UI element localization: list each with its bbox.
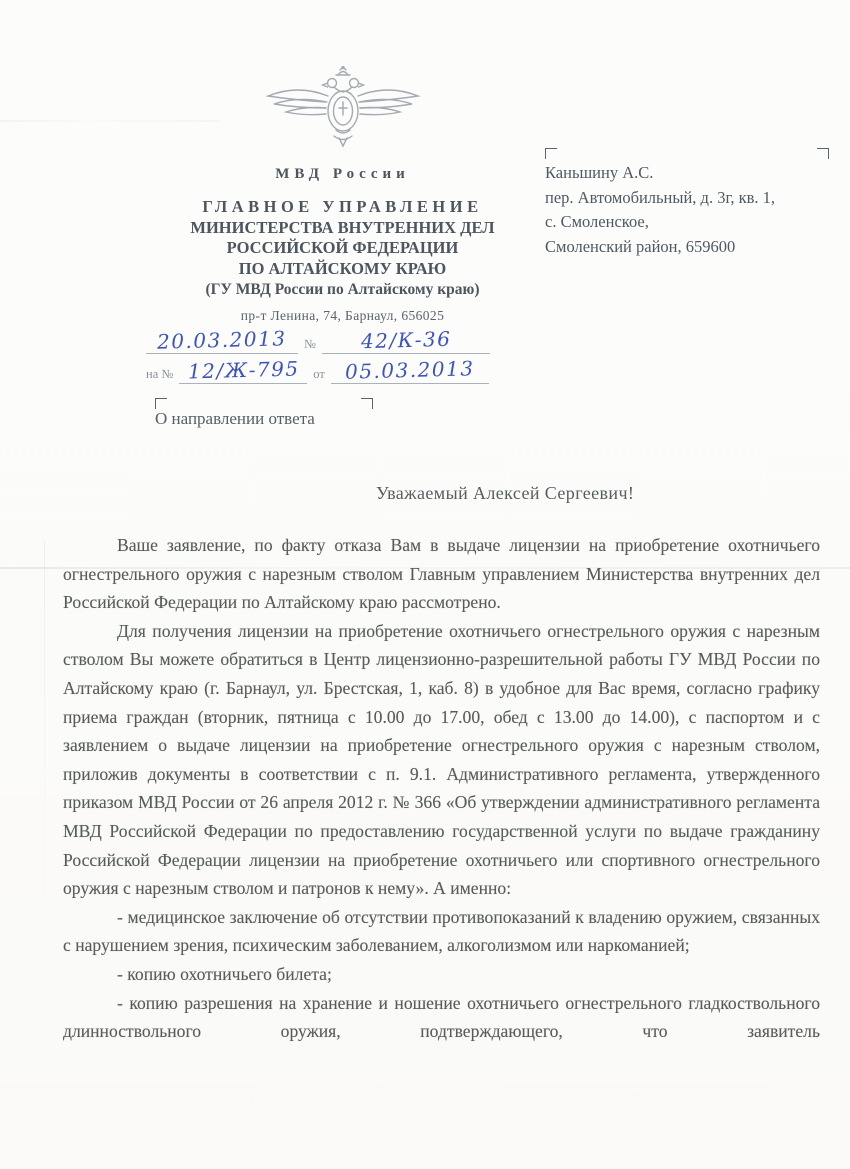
subject-corner-bracket-right <box>361 398 373 409</box>
reference-block: 20.03.2013 № 42/К-36 на № 12/Ж-795 от 05… <box>146 328 538 384</box>
recipient-address-block: Каньшину А.С. пер. Автомобильный, д. 3г,… <box>545 148 837 259</box>
number-sign-label: № <box>298 337 322 354</box>
scanned-letter-page: МВД России ГЛАВНОЕ УПРАВЛЕНИЕ МИНИСТЕРСТ… <box>0 0 850 1169</box>
incoming-number-handwritten: 12/Ж-795 <box>187 356 299 383</box>
subject-corner-bracket-left <box>155 398 167 409</box>
letterhead: МВД России ГЛАВНОЕ УПРАВЛЕНИЕ МИНИСТЕРСТ… <box>70 66 615 324</box>
scan-crease <box>44 540 45 900</box>
mvd-double-headed-eagle-emblem <box>264 66 422 152</box>
org-name-line: РОССИЙСКОЙ ФЕДЕРАЦИИ <box>70 238 615 259</box>
body-list-item: - медицинское заключение об отсутствии п… <box>63 903 820 960</box>
subject-text: О направлении ответа <box>155 398 373 429</box>
letter-body: Ваше заявление, по факту отказа Вам в вы… <box>63 531 820 1046</box>
recipient-name: Каньшину А.С. <box>545 161 837 186</box>
org-name-line: ГЛАВНОЕ УПРАВЛЕНИЕ <box>70 197 615 218</box>
body-list-item: - копию охотничьего билета; <box>63 960 820 989</box>
address-corner-bracket-left <box>545 148 557 159</box>
org-name-abbrev: (ГУ МВД России по Алтайскому краю) <box>70 281 615 299</box>
recipient-settlement: с. Смоленское, <box>545 210 837 235</box>
outgoing-date-handwritten: 20.03.2013 <box>157 326 287 354</box>
body-paragraph: Для получения лицензии на приобретение о… <box>63 617 820 903</box>
subject-block: О направлении ответа <box>155 398 373 429</box>
incoming-date-handwritten: 05.03.2013 <box>345 356 475 384</box>
recipient-district-zip: Смоленский район, 659600 <box>545 235 837 260</box>
org-name-line: ПО АЛТАЙСКОМУ КРАЮ <box>70 259 615 280</box>
recipient-street: пер. Автомобильный, д. 3г, кв. 1, <box>545 186 837 211</box>
reply-to-number-label: на № <box>146 367 179 384</box>
salutation: Уважаемый Алексей Сергеевич! <box>376 483 634 504</box>
org-name-line: МИНИСТЕРСТВА ВНУТРЕННИХ ДЕЛ <box>70 218 615 239</box>
org-address: пр-т Ленина, 74, Барнаул, 656025 <box>70 308 615 324</box>
body-paragraph: Ваше заявление, по факту отказа Вам в вы… <box>63 531 820 617</box>
org-name-short: МВД России <box>70 166 615 183</box>
address-corner-bracket-right <box>817 148 829 159</box>
body-list-item: - копию разрешения на хранение и ношение… <box>63 989 820 1046</box>
reply-date-label: от <box>307 367 331 384</box>
outgoing-number-handwritten: 42/К-36 <box>360 327 451 354</box>
